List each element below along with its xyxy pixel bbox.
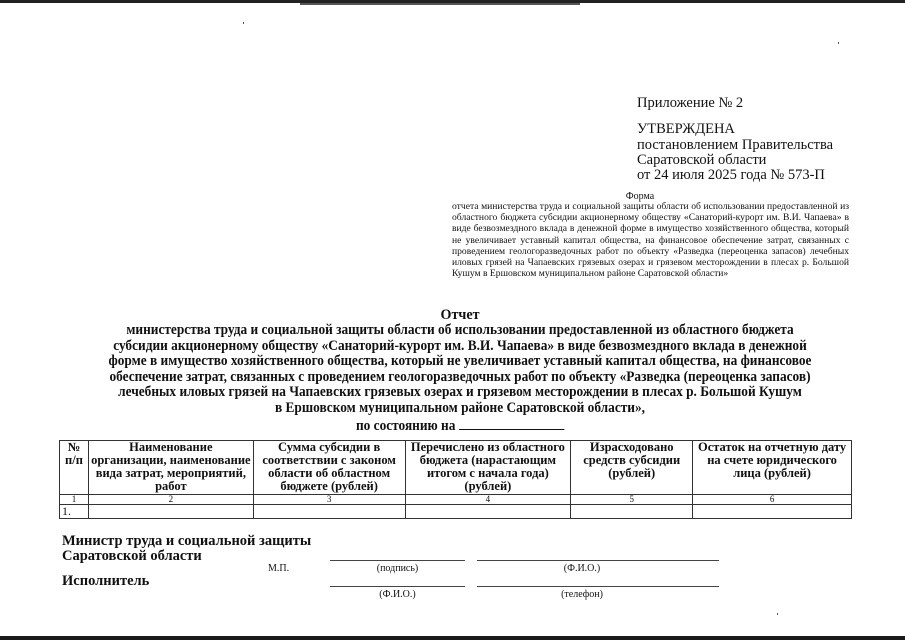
- executor-label: Исполнитель: [62, 573, 149, 589]
- report-title: Отчет: [84, 307, 836, 323]
- report-line: форме в имущество хозяйственного обществ…: [84, 354, 836, 370]
- col-header-subsidy-amount: Сумма субсидии в соответствии с законом …: [253, 441, 405, 495]
- scan-edge-top-shadow: [300, 3, 580, 5]
- minister-fio-line[interactable]: [477, 560, 719, 561]
- col-header-transferred: Перечислено из областного бюджета (нарас…: [405, 441, 571, 495]
- approval-block: Приложение № 2 УТВЕРЖДЕНА постановлением…: [637, 95, 897, 183]
- executor-fio-caption: (Ф.И.О.): [330, 589, 465, 600]
- table-cell[interactable]: [88, 505, 253, 519]
- signature-line[interactable]: [330, 560, 465, 561]
- table-cell[interactable]: [571, 505, 693, 519]
- column-number-row: 1 2 3 4 5 6: [60, 495, 852, 505]
- report-line: лечебных иловых грязей на Чапаевских гря…: [84, 385, 836, 401]
- executor-fio-line[interactable]: [330, 586, 465, 587]
- row-number: 1.: [60, 505, 89, 519]
- phone-caption: (телефон): [477, 589, 687, 600]
- minister-fio-caption: (Ф.И.О.): [477, 563, 687, 574]
- column-number: 1: [60, 495, 89, 505]
- scan-edge-bottom: [0, 636, 905, 640]
- scan-speck: [838, 42, 839, 44]
- report-line: в Ершовском муниципальном районе Саратов…: [84, 401, 836, 417]
- col-header-number: № п/п: [60, 441, 89, 495]
- phone-line[interactable]: [477, 586, 719, 587]
- report-table: № п/п Наименование организации, наименов…: [59, 440, 852, 519]
- report-as-of: по состоянию на: [84, 417, 836, 435]
- minister-title-line2: Саратовской области: [62, 548, 202, 564]
- column-number: 6: [693, 495, 852, 505]
- as-of-label: по состоянию на: [356, 418, 455, 434]
- column-number: 2: [88, 495, 253, 505]
- report-line: субсидии акционерному обществу «Санатори…: [84, 339, 836, 355]
- scan-speck: [243, 22, 244, 24]
- table-header-row: № п/п Наименование организации, наименов…: [60, 441, 852, 495]
- approved-heading: УТВЕРЖДЕНА: [637, 121, 897, 138]
- minister-title-line1: Министр труда и социальной защиты: [62, 533, 311, 549]
- signature-caption: (подпись): [330, 563, 465, 574]
- table-row: 1.: [60, 505, 852, 519]
- column-number: 4: [405, 495, 571, 505]
- report-heading: Отчет министерства труда и социальной за…: [84, 307, 836, 434]
- scan-speck: [777, 613, 778, 615]
- col-header-balance: Остаток на отчетную дату на счете юридич…: [693, 441, 852, 495]
- approved-line: Саратовской области: [637, 153, 897, 168]
- report-line: министерства труда и социальной защиты о…: [84, 323, 836, 339]
- column-number: 5: [571, 495, 693, 505]
- approved-line: постановлением Правительства: [637, 138, 897, 153]
- table-cell[interactable]: [693, 505, 852, 519]
- table-cell[interactable]: [253, 505, 405, 519]
- report-line: обеспечение затрат, связанных с проведен…: [84, 370, 836, 386]
- col-header-organization: Наименование организации, наименование в…: [88, 441, 253, 495]
- form-description: отчета министерства труда и социальной з…: [452, 201, 849, 279]
- stamp-label: М.П.: [268, 563, 308, 574]
- col-header-spent: Израсходовано средств субсидии (рублей): [571, 441, 693, 495]
- table-cell[interactable]: [405, 505, 571, 519]
- appendix-number: Приложение № 2: [637, 95, 897, 112]
- date-blank-field[interactable]: [459, 417, 564, 430]
- approved-line: от 24 июля 2025 года № 573-П: [637, 168, 897, 183]
- column-number: 3: [253, 495, 405, 505]
